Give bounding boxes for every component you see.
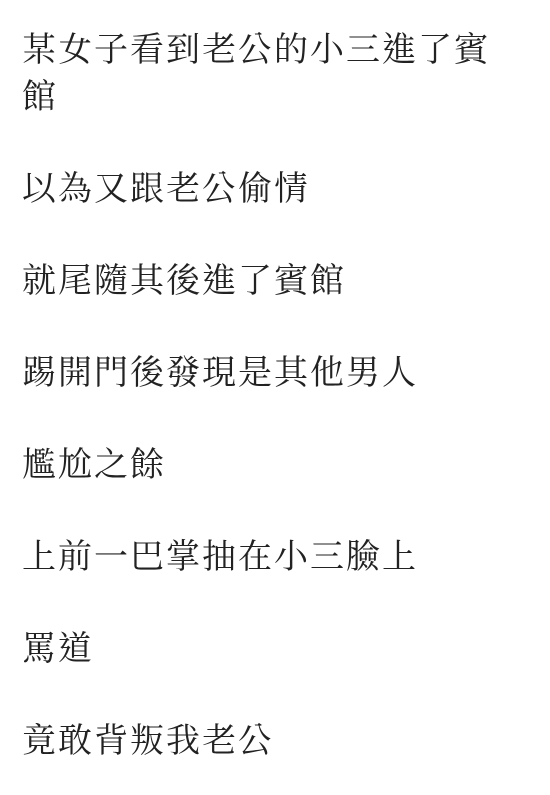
paragraph: 就尾隨其後進了賓館 — [22, 258, 525, 305]
paragraph: 以為又跟老公偷情 — [22, 166, 525, 213]
paragraph: 踢開門後發現是其他男人 — [22, 350, 525, 397]
paragraph: 罵道 — [22, 626, 525, 673]
text-document: 某女子看到老公的小三進了賓館以為又跟老公偷情就尾隨其後進了賓館踢開門後發現是其他… — [0, 0, 550, 795]
paragraph: 上前一巴掌抽在小三臉上 — [22, 534, 525, 581]
paragraph: 某女子看到老公的小三進了賓館 — [22, 27, 525, 121]
paragraph: 竟敢背叛我老公 — [22, 718, 525, 765]
paragraph: 尷尬之餘 — [22, 442, 525, 489]
